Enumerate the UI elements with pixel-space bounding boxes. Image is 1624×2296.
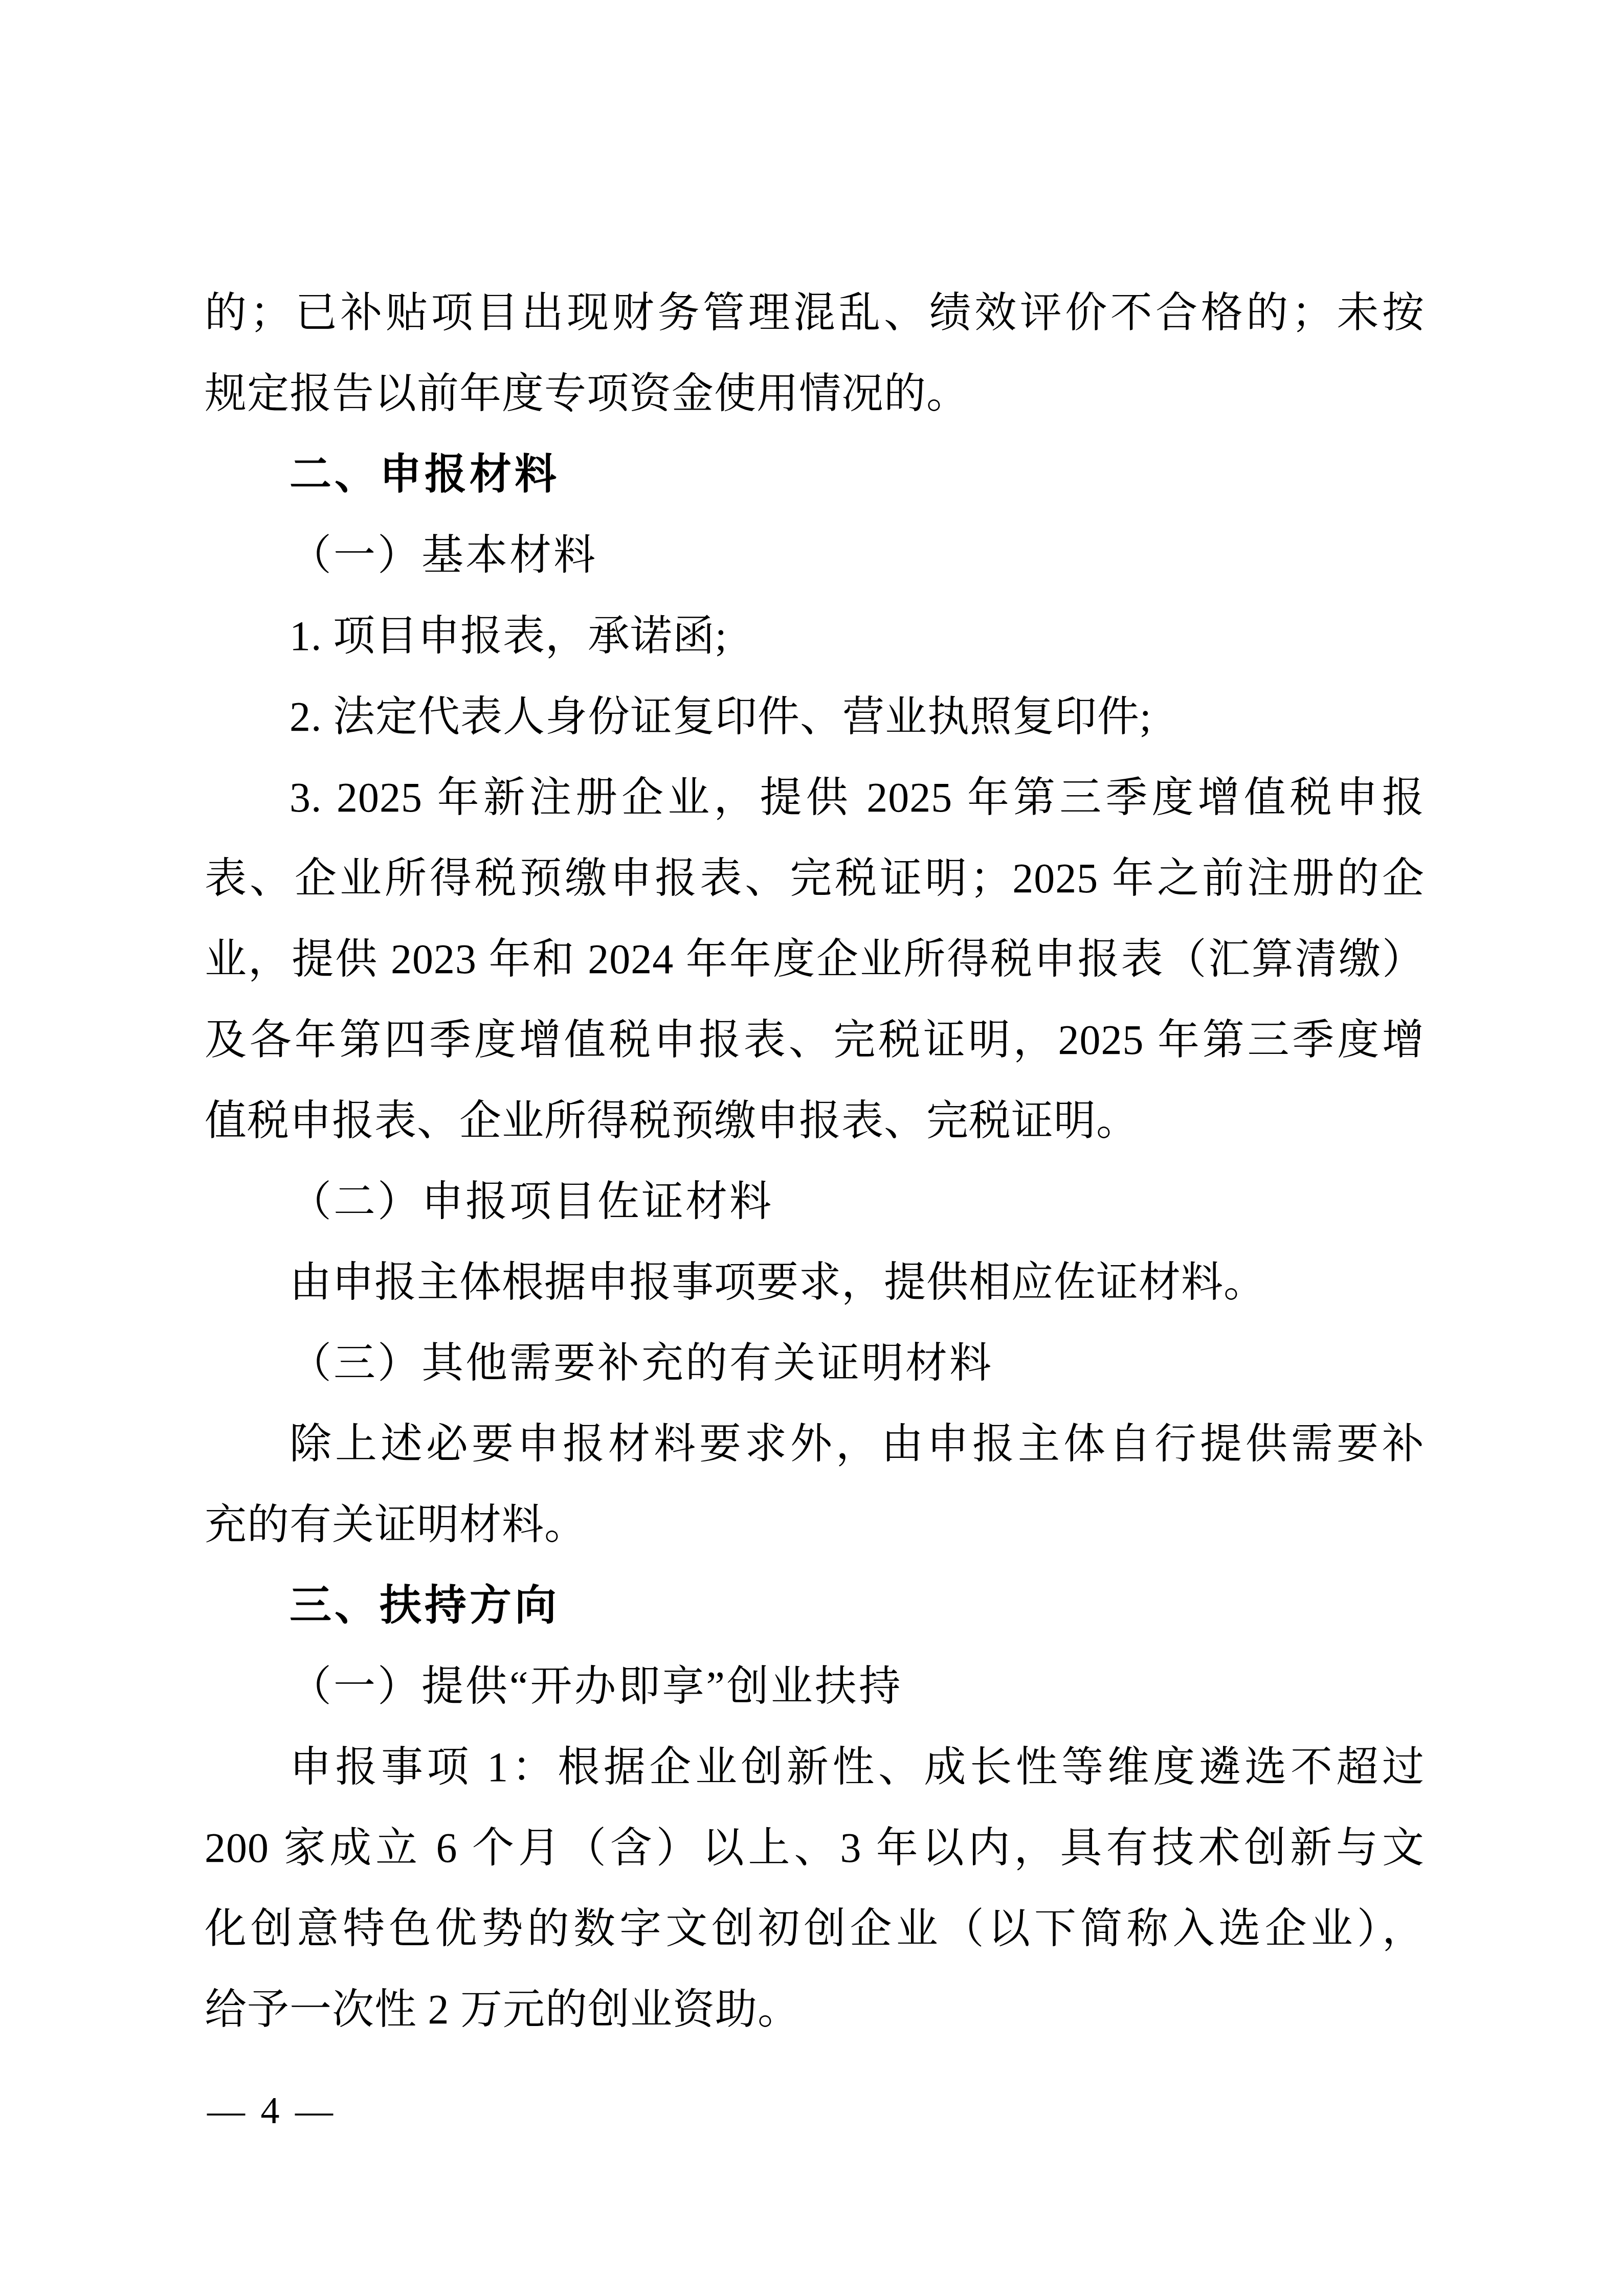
text-line: 除上述必要申报材料要求外，由申报主体自行提供需要补: [205, 1404, 1425, 1484]
text-line: 值税申报表、企业所得税预缴申报表、完税证明。: [205, 1081, 1425, 1161]
page-number: — 4 —: [207, 2085, 336, 2136]
section-heading: （二）申报项目佐证材料: [205, 1161, 1425, 1242]
text-line: 化创意特色优势的数字文创初创企业（以下简称入选企业），: [205, 1888, 1425, 1969]
section-heading: （一）提供“开办即享”创业扶持: [205, 1646, 1425, 1727]
text-line: 规定报告以前年度专项资金使用情况的。: [205, 353, 1425, 434]
text-line: 3. 2025 年新注册企业，提供 2025 年第三季度增值税申报: [205, 757, 1425, 838]
section-heading: （三）其他需要补充的有关证明材料: [205, 1323, 1425, 1404]
text-line: 给予一次性 2 万元的创业资助。: [205, 1969, 1425, 2050]
section-heading: （一）基本材料: [205, 515, 1425, 596]
text-line: 200 家成立 6 个月（含）以上、3 年以内，具有技术创新与文: [205, 1808, 1425, 1888]
section-heading: 二、申报材料: [205, 434, 1425, 515]
document-body: 的；已补贴项目出现财务管理混乱、绩效评价不合格的；未按规定报告以前年度专项资金使…: [205, 273, 1425, 2050]
text-line: 由申报主体根据申报事项要求，提供相应佐证材料。: [205, 1242, 1425, 1323]
document-page: 的；已补贴项目出现财务管理混乱、绩效评价不合格的；未按规定报告以前年度专项资金使…: [0, 0, 1624, 2296]
text-line: 2. 法定代表人身份证复印件、营业执照复印件;: [205, 677, 1425, 757]
text-line: 业，提供 2023 年和 2024 年年度企业所得税申报表（汇算清缴）: [205, 919, 1425, 1000]
text-line: 充的有关证明材料。: [205, 1484, 1425, 1565]
text-line: 申报事项 1：根据企业创新性、成长性等维度遴选不超过: [205, 1727, 1425, 1808]
text-line: 1. 项目申报表，承诺函;: [205, 596, 1425, 677]
text-line: 的；已补贴项目出现财务管理混乱、绩效评价不合格的；未按: [205, 273, 1425, 353]
section-heading: 三、扶持方向: [205, 1565, 1425, 1646]
text-line: 表、企业所得税预缴申报表、完税证明；2025 年之前注册的企: [205, 838, 1425, 919]
text-line: 及各年第四季度增值税申报表、完税证明，2025 年第三季度增: [205, 1000, 1425, 1081]
